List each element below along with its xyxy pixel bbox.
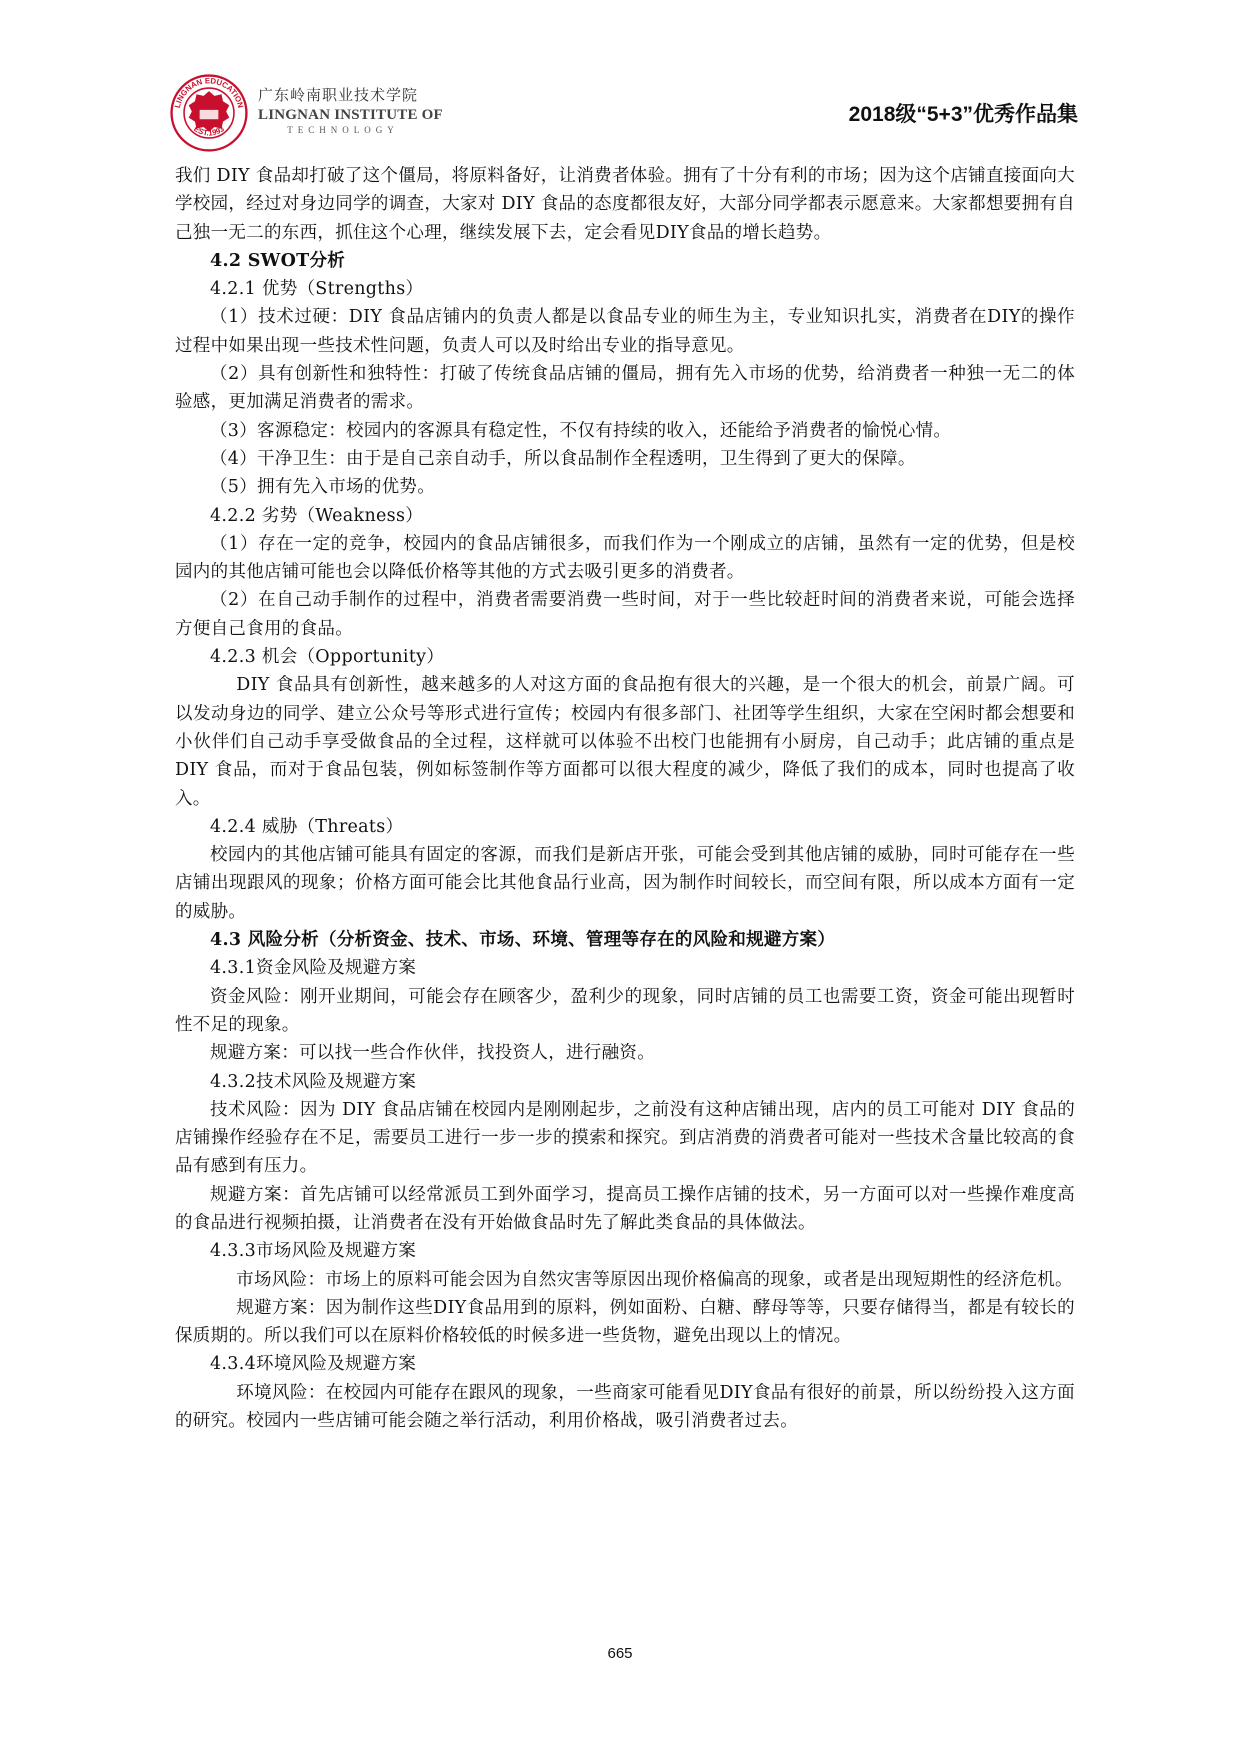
school-emblem-icon: LINGNAN EDUCATION EST.1993 <box>170 74 248 152</box>
subsection-heading-market-risk: 4.3.3市场风险及规避方案 <box>175 1237 1075 1265</box>
collection-title: 2018级“5+3”优秀作品集 <box>849 98 1078 128</box>
page-header: LINGNAN EDUCATION EST.1993 广东岭南职业技术学院 LI… <box>0 0 1240 160</box>
intro-paragraph: 我们 DIY 食品却打破了这个僵局，将原料备好，让消费者体验。拥有了十分有利的市… <box>175 162 1075 247</box>
subsection-heading-capital-risk: 4.3.1资金风险及规避方案 <box>175 954 1075 982</box>
institute-name: 广东岭南职业技术学院 LINGNAN INSTITUTE OF TECHNOLO… <box>258 84 448 135</box>
section-heading-4-2: 4.2 SWOT分析 <box>175 247 1075 275</box>
institute-name-en: LINGNAN INSTITUTE OF <box>258 107 448 124</box>
strength-item: （1）技术过硬：DIY 食品店铺内的负责人都是以食品专业的师生为主，专业知识扎实… <box>175 303 1075 360</box>
strength-item: （5）拥有先入市场的优势。 <box>175 473 1075 501</box>
capital-plan-paragraph: 规避方案：可以找一些合作伙伴，找投资人，进行融资。 <box>175 1039 1075 1067</box>
subsection-heading-threats: 4.2.4 威胁（Threats） <box>175 813 1075 841</box>
opportunity-paragraph: DIY 食品具有创新性，越来越多的人对这方面的食品抱有很大的兴趣，是一个很大的机… <box>175 671 1075 812</box>
institute-name-en-line2: TECHNOLOGY <box>258 125 428 135</box>
env-risk-paragraph: 环境风险：在校园内可能存在跟风的现象，一些商家可能看见DIY食品有很好的前景，所… <box>175 1379 1075 1436</box>
subsection-heading-strengths: 4.2.1 优势（Strengths） <box>175 275 1075 303</box>
section-heading-4-3: 4.3 风险分析（分析资金、技术、市场、环境、管理等存在的风险和规避方案） <box>175 926 1075 954</box>
subsection-heading-env-risk: 4.3.4环境风险及规避方案 <box>175 1350 1075 1378</box>
market-plan-paragraph: 规避方案：因为制作这些DIY食品用到的原料，例如面粉、白糖、酵母等等，只要存储得… <box>175 1294 1075 1351</box>
strength-item: （3）客源稳定：校园内的客源具有稳定性，不仅有持续的收入，还能给予消费者的愉悦心… <box>175 417 1075 445</box>
subsection-heading-opportunity: 4.2.3 机会（Opportunity） <box>175 643 1075 671</box>
subsection-heading-tech-risk: 4.3.2技术风险及规避方案 <box>175 1068 1075 1096</box>
strength-item: （4）干净卫生：由于是自己亲自动手，所以食品制作全程透明，卫生得到了更大的保障。 <box>175 445 1075 473</box>
market-risk-paragraph: 市场风险：市场上的原料可能会因为自然灾害等原因出现价格偏高的现象，或者是出现短期… <box>175 1266 1075 1294</box>
tech-plan-paragraph: 规避方案：首先店铺可以经常派员工到外面学习，提高员工操作店铺的技术，另一方面可以… <box>175 1181 1075 1238</box>
strength-item: （2）具有创新性和独特性：打破了传统食品店铺的僵局，拥有先入市场的优势，给消费者… <box>175 360 1075 417</box>
weakness-item: （1）存在一定的竞争，校园内的食品店铺很多，而我们作为一个刚成立的店铺，虽然有一… <box>175 530 1075 587</box>
institute-name-cn: 广东岭南职业技术学院 <box>258 84 448 105</box>
tech-risk-paragraph: 技术风险：因为 DIY 食品店铺在校园内是刚刚起步，之前没有这种店铺出现，店内的… <box>175 1096 1075 1181</box>
document-body: 我们 DIY 食品却打破了这个僵局，将原料备好，让消费者体验。拥有了十分有利的市… <box>175 162 1075 1435</box>
capital-risk-paragraph: 资金风险：刚开业期间，可能会存在顾客少，盈利少的现象，同时店铺的员工也需要工资，… <box>175 983 1075 1040</box>
weakness-item: （2）在自己动手制作的过程中，消费者需要消费一些时间，对于一些比较赶时间的消费者… <box>175 586 1075 643</box>
page-number: 665 <box>0 1645 1240 1662</box>
subsection-heading-weakness: 4.2.2 劣势（Weakness） <box>175 502 1075 530</box>
threats-paragraph: 校园内的其他店铺可能具有固定的客源，而我们是新店开张，可能会受到其他店铺的威胁，… <box>175 841 1075 926</box>
